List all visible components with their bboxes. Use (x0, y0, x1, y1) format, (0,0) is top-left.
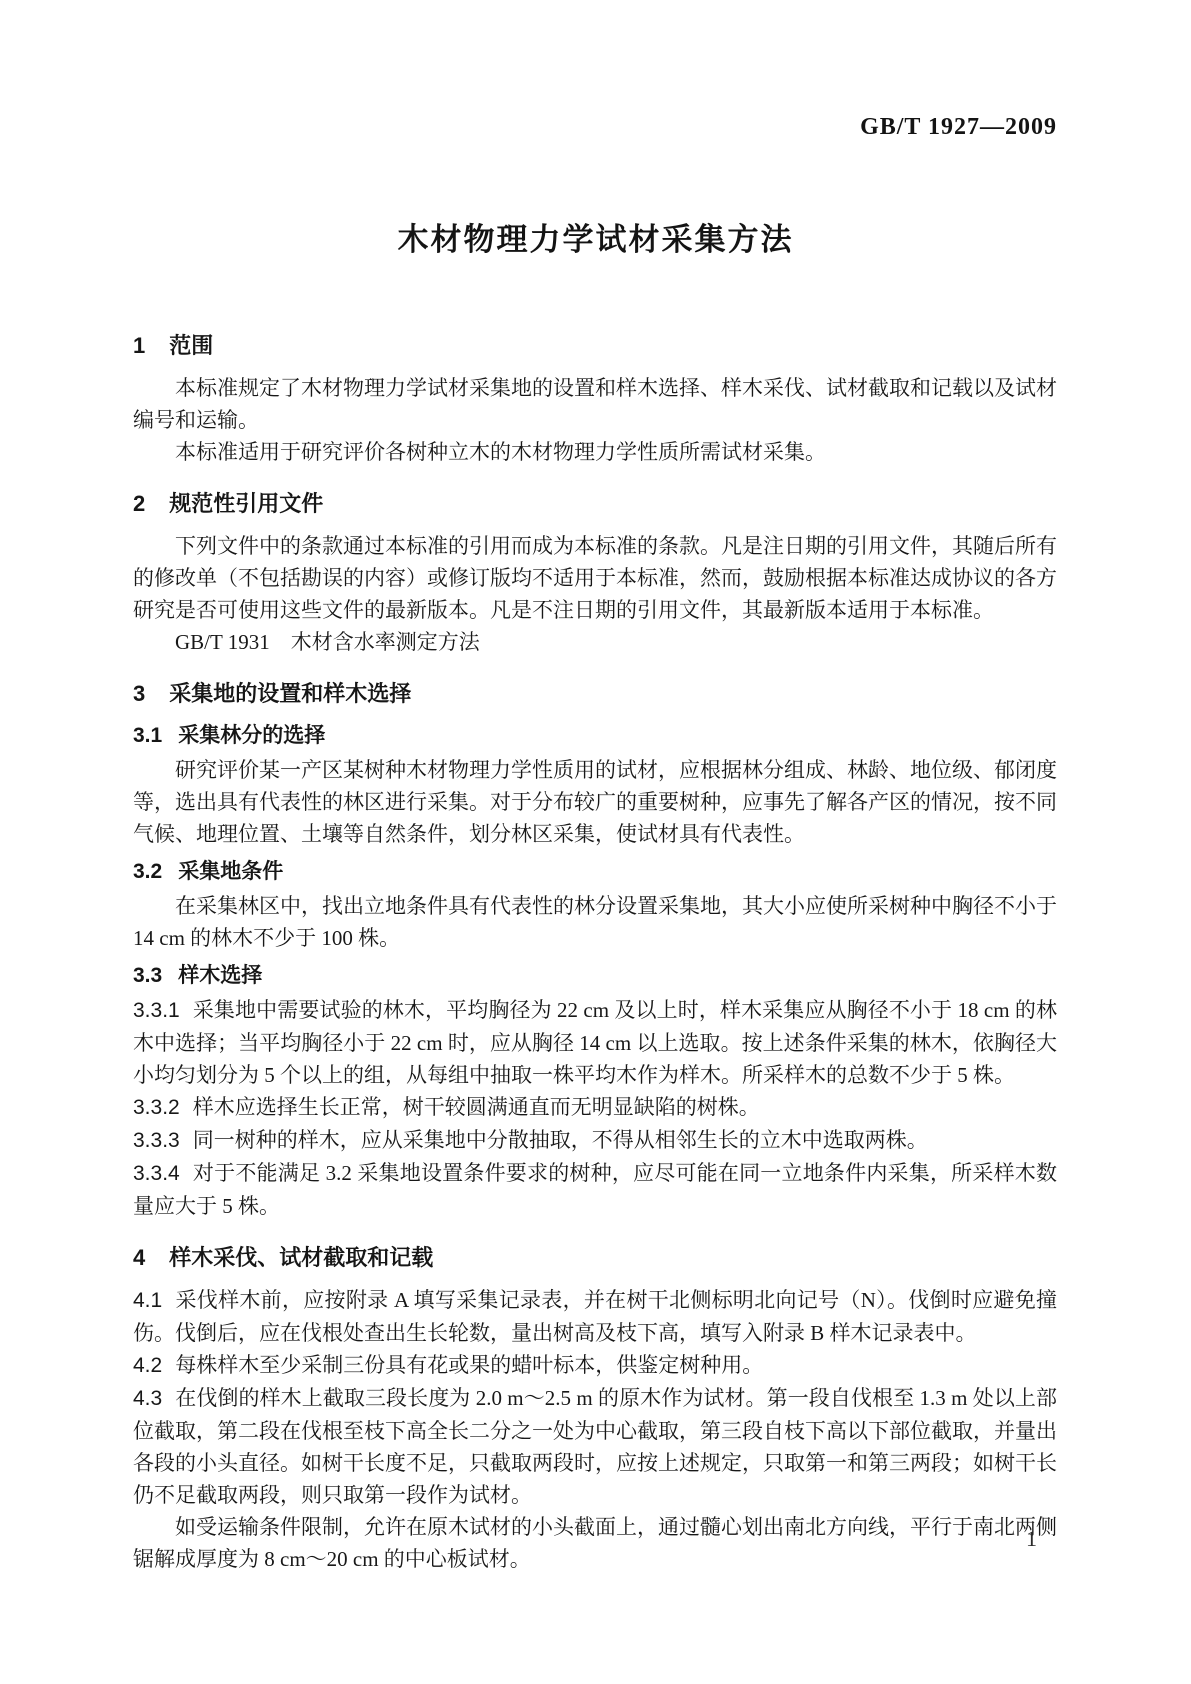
clause-title: 样木选择 (178, 964, 262, 987)
section-heading-felling-and-logging: 4样木采伐、试材截取和记载 (133, 1242, 1057, 1274)
paragraph: 如受运输条件限制，允许在原木试材的小头截面上，通过髓心划出南北方向线，平行于南北… (133, 1511, 1057, 1575)
sub-heading-3-1: 3.1采集林分的选择 (133, 720, 1057, 752)
clause-number: 3.3.1 (133, 999, 180, 1022)
clause-text: 在伐倒的样木上截取三段长度为 2.0 m～2.5 m 的原木作为试材。第一段自伐… (133, 1386, 1057, 1507)
clause-paragraph: 4.3在伐倒的样木上截取三段长度为 2.0 m～2.5 m 的原木作为试材。第一… (133, 1382, 1057, 1511)
section-title: 采集地的设置和样木选择 (169, 681, 411, 706)
clause-paragraph: 3.3.1采集地中需要试验的林木，平均胸径为 22 cm 及以上时，样木采集应从… (133, 994, 1057, 1091)
section-title: 样木采伐、试材截取和记载 (169, 1245, 433, 1270)
section-title: 规范性引用文件 (169, 491, 323, 516)
clause-number: 3.3.4 (133, 1162, 180, 1185)
clause-title: 采集林分的选择 (178, 724, 325, 747)
document-title: 木材物理力学试材采集方法 (0, 214, 1191, 259)
clause-number: 3.2 (133, 860, 162, 883)
section-number: 2 (133, 491, 145, 516)
clause-text: 样木应选择生长正常，树干较圆满通直而无明显缺陷的树株。 (193, 1095, 760, 1119)
clause-number: 3.1 (133, 724, 162, 747)
clause-paragraph: 3.3.2样木应选择生长正常，树干较圆满通直而无明显缺陷的树株。 (133, 1091, 1057, 1124)
clause-text: 同一树种的样木，应从采集地中分散抽取，不得从相邻生长的立木中选取两株。 (193, 1128, 928, 1152)
clause-text: 对于不能满足 3.2 采集地设置条件要求的树种，应尽可能在同一立地条件内采集，所… (133, 1161, 1057, 1218)
sub-heading-3-2: 3.2采集地条件 (133, 856, 1057, 888)
clause-text: 采伐样木前，应按附录 A 填写采集记录表，并在树干北侧标明北向记号（N）。伐倒时… (133, 1288, 1057, 1345)
clause-paragraph: 4.1采伐样木前，应按附录 A 填写采集记录表，并在树干北侧标明北向记号（N）。… (133, 1284, 1057, 1349)
page-number: 1 (1026, 1526, 1037, 1552)
document-page: GB/T 1927—2009 木材物理力学试材采集方法 1范围 本标准规定了木材… (0, 0, 1191, 1684)
clause-number: 3.3.2 (133, 1096, 180, 1119)
clause-text: 每株样木至少采制三份具有花或果的蜡叶标本，供鉴定树种用。 (175, 1353, 763, 1377)
section-number: 3 (133, 681, 145, 706)
paragraph: 本标准规定了木材物理力学试材采集地的设置和样木选择、样木采伐、试材截取和记载以及… (133, 372, 1057, 436)
paragraph: 下列文件中的条款通过本标准的引用而成为本标准的条款。凡是注日期的引用文件，其随后… (133, 530, 1057, 626)
paragraph: 本标准适用于研究评价各树种立木的木材物理力学性质所需试材采集。 (133, 436, 1057, 468)
clause-number: 3.3 (133, 964, 162, 987)
section-number: 1 (133, 333, 145, 358)
clause-number: 4.3 (133, 1387, 162, 1410)
section-heading-site-and-tree-selection: 3采集地的设置和样木选择 (133, 678, 1057, 710)
clause-paragraph: 4.2每株样木至少采制三份具有花或果的蜡叶标本，供鉴定树种用。 (133, 1349, 1057, 1382)
paragraph: 在采集林区中，找出立地条件具有代表性的林分设置采集地，其大小应使所采树种中胸径不… (133, 890, 1057, 954)
section-title: 范围 (169, 333, 213, 358)
clause-number: 4.1 (133, 1289, 162, 1312)
clause-paragraph: 3.3.4对于不能满足 3.2 采集地设置条件要求的树种，应尽可能在同一立地条件… (133, 1157, 1057, 1222)
clause-paragraph: 3.3.3同一树种的样木，应从采集地中分散抽取，不得从相邻生长的立木中选取两株。 (133, 1124, 1057, 1157)
clause-title: 采集地条件 (178, 860, 283, 883)
clause-number: 3.3.3 (133, 1129, 180, 1152)
section-number: 4 (133, 1245, 145, 1270)
section-heading-normative-references: 2规范性引用文件 (133, 488, 1057, 520)
reference-line: GB/T 1931 木材含水率测定方法 (133, 626, 1057, 658)
section-heading-scope: 1范围 (133, 330, 1057, 362)
clause-text: 采集地中需要试验的林木，平均胸径为 22 cm 及以上时，样木采集应从胸径不小于… (133, 998, 1057, 1087)
paragraph: 研究评价某一产区某树种木材物理力学性质用的试材，应根据林分组成、林龄、地位级、郁… (133, 754, 1057, 850)
document-body: 1范围 本标准规定了木材物理力学试材采集地的设置和样木选择、样木采伐、试材截取和… (133, 330, 1057, 1575)
sub-heading-3-3: 3.3样木选择 (133, 960, 1057, 992)
standard-number: GB/T 1927—2009 (860, 114, 1057, 141)
clause-number: 4.2 (133, 1354, 162, 1377)
